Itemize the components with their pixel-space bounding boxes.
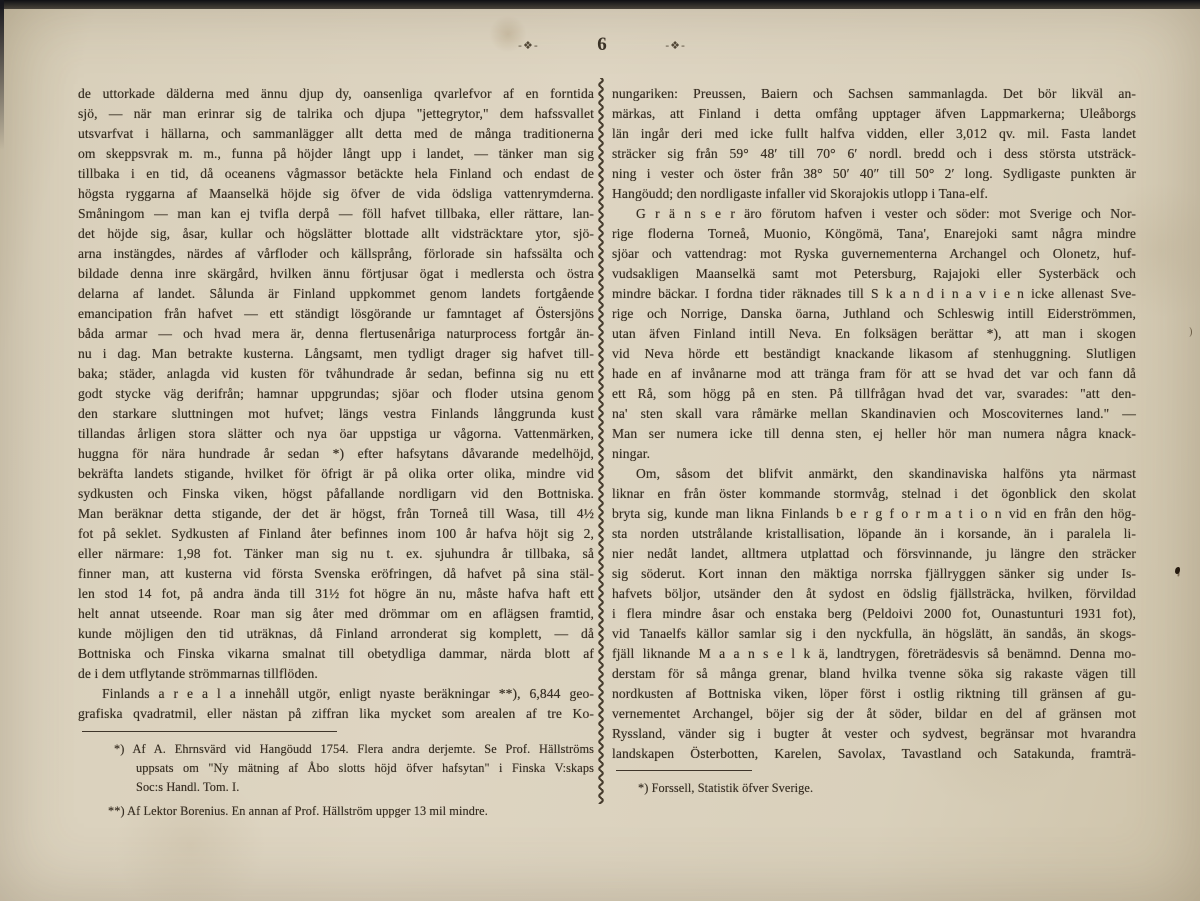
fleuron-icon: -❖- [518, 39, 539, 52]
text-line: liknar en från öster kommande stormvåg, … [612, 484, 1136, 504]
text-line: fot på seklet. Sydkusten af Finland åter… [78, 524, 594, 544]
text-line: Ryssland, vänder sig i bugter åt vester … [612, 724, 1136, 744]
text-line: mindre bäckar. I fordna tider räknades t… [612, 284, 1136, 304]
text-line: fjäll liknande M a a n s e l k ä, landtr… [612, 644, 1136, 664]
text-line: det höjde sig, åsar, kullar och högslätt… [78, 224, 594, 244]
text-line: Man beräknar detta stigande, der det är … [78, 504, 594, 524]
text-line: sig söderut. Kort innan den mäktiga norr… [612, 564, 1136, 584]
text-line: baka; städer, anlagda vid kusten för två… [78, 364, 594, 384]
text-line: sta norden utstrålande kristallisation, … [612, 524, 1136, 544]
text-line: na' sten skall vara råmärke mellan Skand… [612, 404, 1136, 424]
text-line: den starkare sluttningen mot hufvet; län… [78, 404, 594, 424]
text-line: **) Af Lektor Borenius. En annan af Prof… [78, 802, 594, 821]
text-line: Man ser numera icke till denna sten, ej … [612, 424, 1136, 444]
column-divider-rule [595, 78, 606, 804]
wavy-divider-graphic [595, 78, 606, 804]
right-column-text: nungariken: Preussen, Baiern och Sachsen… [612, 84, 1136, 764]
text-line: Bottniska och Finska vikarna smalnat til… [78, 644, 594, 664]
text-line: sjöar och vattendrag: mot Ryska guvernem… [612, 244, 1136, 264]
footnote-separator-rule [616, 770, 752, 771]
text-line: märkas, att Finland i detta omfång uppta… [612, 104, 1136, 124]
text-line: Finlands a r e a l a innehåll utgör, enl… [78, 684, 594, 704]
text-line: båda armar — och hvad mera är, denna fle… [78, 324, 594, 344]
text-line: vudsakligen Maanselkä samt mot Petersbur… [612, 264, 1136, 284]
text-line: *) Forssell, Statistik öfver Sverige. [612, 779, 1136, 798]
text-line: utsvarfvat i hällarna, och sammanlägger … [78, 124, 594, 144]
text-line: eller närmare: 1,98 fot. Tänker man sig … [78, 544, 594, 564]
text-line: delarna af landet. Sålunda är Finland up… [78, 284, 594, 304]
text-line: hade en af invånarne mod att tränga fram… [612, 364, 1136, 384]
text-line: G r ä n s e r äro förutom hafven i veste… [612, 204, 1136, 224]
right-column: nungariken: Preussen, Baiern och Sachsen… [612, 84, 1136, 798]
text-line: bekräfta landets stigande, hvilket för ö… [78, 464, 594, 484]
fleuron-icon: -❖- [665, 39, 686, 52]
text-line: om skeppsvrak m. m., funna på höjder lån… [78, 144, 594, 164]
text-line: ning i vester och öster från 38° 50′ 40″… [612, 164, 1136, 184]
text-line: rige floderna Torneå, Muonio, Köngömä, T… [612, 224, 1136, 244]
text-line: Soc:s Handl. Tom. I. [78, 778, 594, 797]
text-line: vid Neva hörde ett beständigt knackande … [612, 344, 1136, 364]
ink-speck [1175, 567, 1180, 574]
text-line: len stod 14 fot, på andra ända till 31½ … [78, 584, 594, 604]
text-line: de i dem utflytande strömmarnas tillflöd… [78, 664, 594, 684]
text-line: sydkusten och Finska viken, högst påfall… [78, 484, 594, 504]
text-line: grafiska qvadratmil, eller nästan på zif… [78, 704, 594, 724]
text-line: ningar. [612, 444, 1136, 464]
text-line: högsta ryggarna af Maanselkä höjde sig ö… [78, 184, 594, 204]
text-line: nu i dag. Man betrakte kusterna. Långsam… [78, 344, 594, 364]
text-line: nordkusten af Bottniska viken, löper för… [612, 684, 1136, 704]
text-line: i flera mindre åsar och enstaka berg (Pe… [612, 604, 1136, 624]
text-line: derstam för så många grenar, bland hvilk… [612, 664, 1136, 684]
text-line: tillandas årligen stora slätter och nya … [78, 424, 594, 444]
left-column: de uttorkade dälderna med ännu djup dy, … [78, 84, 594, 821]
text-line: bryta sig, kunde man likna Finlands b e … [612, 504, 1136, 524]
text-line: helt annat utseende. Roar man sig åter m… [78, 604, 594, 624]
text-line: bildade denna inre skärgård, hvilken änn… [78, 264, 594, 284]
text-line: uppsats om "Ny mätning af Åbo slotts höj… [78, 759, 594, 778]
text-line: nungariken: Preussen, Baiern och Sachsen… [612, 84, 1136, 104]
left-column-text: de uttorkade dälderna med ännu djup dy, … [78, 84, 594, 724]
text-line: arna instängdes, närdes af vårfloder och… [78, 244, 594, 264]
text-line: Hangöudd; den nordligaste infaller vid S… [612, 184, 1136, 204]
text-line: landskapen Österbotten, Karelen, Savolax… [612, 744, 1136, 764]
text-line: utan äfven Finland intill Neva. En folks… [612, 324, 1136, 344]
stray-paren-mark [1186, 327, 1192, 337]
left-column-footnotes: *) Af A. Ehrnsvärd vid Hangöudd 1754. Fl… [78, 740, 594, 821]
text-line: godt stycke väg derifrån; hamnar uppgrun… [78, 384, 594, 404]
right-column-footnotes: *) Forssell, Statistik öfver Sverige. [612, 779, 1136, 798]
text-line: hafvets böljor, utsänder den åt sydost e… [612, 584, 1136, 604]
text-line: sjö, — när man erinrar sig de talrika oc… [78, 104, 594, 124]
text-line: finner man, att kusterna vid första Sven… [78, 564, 594, 584]
text-line: vernementet Archangel, böjer sig der åt … [612, 704, 1136, 724]
text-line: län ingår deri med icke fullt halfva vid… [612, 124, 1136, 144]
text-line: rige och Norrige, Danska öarna, Juthland… [612, 304, 1136, 324]
text-line: nier nedåt landet, alltmera utplattad oc… [612, 544, 1136, 564]
page-header: -❖- 6 -❖- [518, 34, 686, 56]
text-line: sträcker sig från 59° 48′ till 70° 6′ no… [612, 144, 1136, 164]
page-number: 6 [597, 34, 607, 56]
scanned-page: -❖- 6 -❖- de uttorkade dälderna med ännu… [0, 0, 1200, 901]
text-line: emancipation från hafvet — ett ständigt … [78, 304, 594, 324]
text-line: *) Af A. Ehrnsvärd vid Hangöudd 1754. Fl… [78, 740, 594, 759]
text-line: ett Rå, som högg på en sten. På tillfråg… [612, 384, 1136, 404]
footnote-separator-rule [82, 731, 337, 732]
text-line: tillbaka i en tid, då oceanens vågmassor… [78, 164, 594, 184]
text-line: Småningom — man kan ej tvifla derpå — fö… [78, 204, 594, 224]
text-line: huggna för nära hundrade år sedan *) eft… [78, 444, 594, 464]
text-line: kunde möjligen den tid uträknas, då Finl… [78, 624, 594, 644]
text-line: Om, såsom det blifvit anmärkt, den skand… [612, 464, 1136, 484]
text-line: de uttorkade dälderna med ännu djup dy, … [78, 84, 594, 104]
text-line: vid Tanaelfs källor samlar sig i den nyc… [612, 624, 1136, 644]
